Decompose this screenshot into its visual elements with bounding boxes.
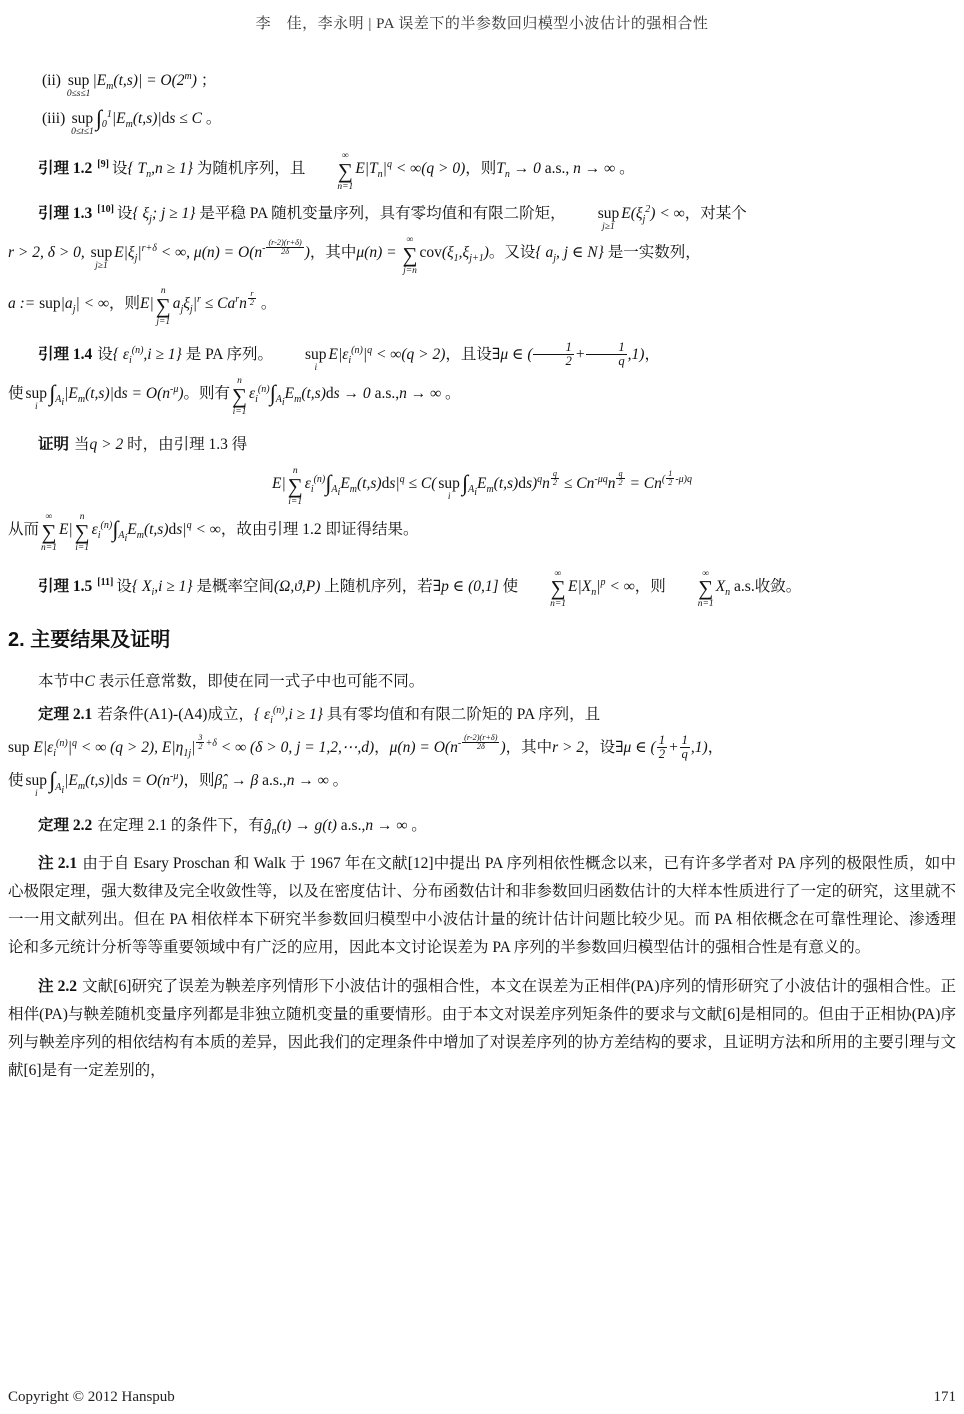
lemma-1-3-line2: r > 2, δ > 0, supj≥1E|ξj|r+δ < ∞, μ(n) =…	[8, 233, 956, 274]
theorem-2-2: 定理 2.2在定理 2.1 的条件下，有ĝn(t) → g(t) a.s.,n …	[8, 812, 956, 840]
condition-ii-line: (ii) sup0≤s≤1|Em(t,s)| = O(2m) ；	[42, 67, 956, 95]
lemma-1-5-ref: [11]	[97, 577, 113, 588]
lemma-1-4: 引理 1.4设{ εi(n),i ≥ 1} 是 PA 序列。supiE|εi(n…	[8, 341, 956, 369]
remark-2-2-label: 注 2.2	[38, 978, 77, 995]
constant-note-math: 本节中C 表示任意常数，即使在同一式子中也可能不同。	[38, 673, 424, 690]
lemma-1-2-ref: [9]	[97, 159, 109, 170]
lemma-1-4-body: 设{ εi(n),i ≥ 1} 是 PA 序列。supiE|εi(n)|q < …	[97, 346, 660, 363]
lemma-1-4-line2: 使supi∫Ai|Em(t,s)|ds = O(n-μ)。则有n∑i=1εi(n…	[8, 374, 956, 415]
theorem-2-1-conditions-math: sup E|εi(n)|q < ∞ (q > 2), E|η1j|32+δ < …	[8, 739, 723, 756]
lemma-1-3-formula: r > 2, δ > 0, supj≥1E|ξj|r+δ < ∞, μ(n) =…	[8, 244, 701, 261]
lemma-1-3-ref: [10]	[97, 204, 114, 215]
lemma-1-3-body: 设{ ξj; j ≥ 1} 是平稳 PA 随机变量序列，具有零均值和有限二阶矩，…	[117, 205, 747, 222]
proof-conclusion-math: 从而∞∑n=1E|n∑i=1εi(n)∫AiEm(t,s)ds|q < ∞，故由…	[8, 521, 418, 538]
lemma-1-2-body: 设{ Tn,n ≥ 1} 为随机序列，且∞∑n=1E|Tn|q < ∞(q > …	[112, 160, 635, 177]
theorem-2-1: 定理 2.1若条件(A1)-(A4)成立，{ εi(n),i ≥ 1} 具有零均…	[8, 701, 956, 729]
theorem-2-2-body: 在定理 2.1 的条件下，有ĝn(t) → g(t) a.s.,n → ∞ 。	[97, 817, 427, 834]
proof-label: 证明	[38, 436, 69, 453]
condition-iii-math: (iii) sup0≤t≤1∫01|Em(t,s)|ds ≤ C 。	[42, 110, 221, 127]
display-equation-1-math: E|n∑i=1εi(n)∫AiEm(t,s)ds|q ≤ C(supi∫AiEm…	[272, 475, 692, 492]
remark-2-1-body: 由于自 Esary Proschan 和 Walk 于 1967 年在文献[12…	[8, 855, 956, 957]
lemma-1-2: 引理 1.2[9]设{ Tn,n ≥ 1} 为随机序列，且∞∑n=1E|Tn|q…	[8, 149, 956, 190]
proof-paragraph: 证明当q > 2 时，由引理 1.3 得	[8, 431, 956, 459]
copyright-text: Copyright © 2012 Hanspub	[8, 1389, 175, 1406]
section-2-heading: 2. 主要结果及证明	[8, 628, 956, 652]
lemma-1-5: 引理 1.5[11]设{ Xi,i ≥ 1} 是概率空间(Ω,ϑ,P) 上随机序…	[8, 567, 956, 608]
remark-2-2-body: 文献[6]研究了误差为鞅差序列情形下小波估计的强相合性，本文在误差为正相伴(PA…	[8, 978, 956, 1080]
theorem-2-1-label: 定理 2.1	[38, 706, 92, 723]
remark-2-2: 注 2.2文献[6]研究了误差为鞅差序列情形下小波估计的强相合性，本文在误差为正…	[8, 973, 956, 1086]
page-footer: Copyright © 2012 Hanspub 171	[8, 1389, 956, 1406]
theorem-2-1-conclusion-math: 使supi∫Ai|Em(t,s)|ds = O(n-μ)，则β̂n → β a.…	[8, 772, 348, 789]
constant-note-paragraph: 本节中C 表示任意常数，即使在同一式子中也可能不同。	[8, 668, 956, 696]
theorem-2-1-body: 若条件(A1)-(A4)成立，{ εi(n),i ≥ 1} 具有零均值和有限二阶…	[97, 706, 600, 723]
lemma-1-4-conclusion: 使supi∫Ai|Em(t,s)|ds = O(n-μ)。则有n∑i=1εi(n…	[8, 385, 461, 402]
lemma-1-5-label: 引理 1.5	[38, 578, 92, 595]
theorem-2-2-label: 定理 2.2	[38, 817, 92, 834]
condition-iii-line: (iii) sup0≤t≤1∫01|Em(t,s)|ds ≤ C 。	[42, 105, 956, 133]
lemma-1-3-line1: 引理 1.3[10]设{ ξj; j ≥ 1} 是平稳 PA 随机变量序列，具有…	[8, 200, 956, 228]
paper-page: 李 佳，李永明 | PA 误差下的半参数回归模型小波估计的强相合性 (ii) s…	[0, 0, 964, 1414]
lemma-1-2-label: 引理 1.2	[38, 160, 92, 177]
lemma-1-3-line3: a := sup|aj| < ∞，则E|n∑j=1ajξj|r ≤ Carnr2…	[8, 284, 956, 325]
condition-ii-math: (ii) sup0≤s≤1|Em(t,s)| = O(2m) ；	[42, 72, 216, 89]
remark-2-1: 注 2.1由于自 Esary Proschan 和 Walk 于 1967 年在…	[8, 850, 956, 963]
remark-2-1-label: 注 2.1	[38, 855, 77, 872]
display-equation-1: E|n∑i=1εi(n)∫AiEm(t,s)ds|q ≤ C(supi∫AiEm…	[8, 464, 956, 505]
proof-body: 当q > 2 时，由引理 1.3 得	[74, 436, 247, 453]
lemma-1-4-label: 引理 1.4	[38, 346, 92, 363]
page-number: 171	[934, 1389, 957, 1406]
theorem-2-1-conclusion: 使supi∫Ai|Em(t,s)|ds = O(n-μ)，则β̂n → β a.…	[8, 767, 956, 795]
running-head: 李 佳，李永明 | PA 误差下的半参数回归模型小波估计的强相合性	[8, 12, 956, 33]
theorem-2-1-conditions: sup E|εi(n)|q < ∞ (q > 2), E|η1j|32+δ < …	[8, 734, 956, 762]
lemma-1-3-conclusion: a := sup|aj| < ∞，则E|n∑j=1ajξj|r ≤ Carnr2…	[8, 295, 276, 312]
proof-conclusion-line: 从而∞∑n=1E|n∑i=1εi(n)∫AiEm(t,s)ds|q < ∞，故由…	[8, 510, 956, 551]
page-content: (ii) sup0≤s≤1|Em(t,s)| = O(2m) ； (iii) s…	[8, 67, 956, 1085]
lemma-1-5-body: 设{ Xi,i ≥ 1} 是概率空间(Ω,ϑ,P) 上随机序列，若∃p ∈ (0…	[116, 578, 801, 595]
lemma-1-3-label: 引理 1.3	[38, 205, 92, 222]
